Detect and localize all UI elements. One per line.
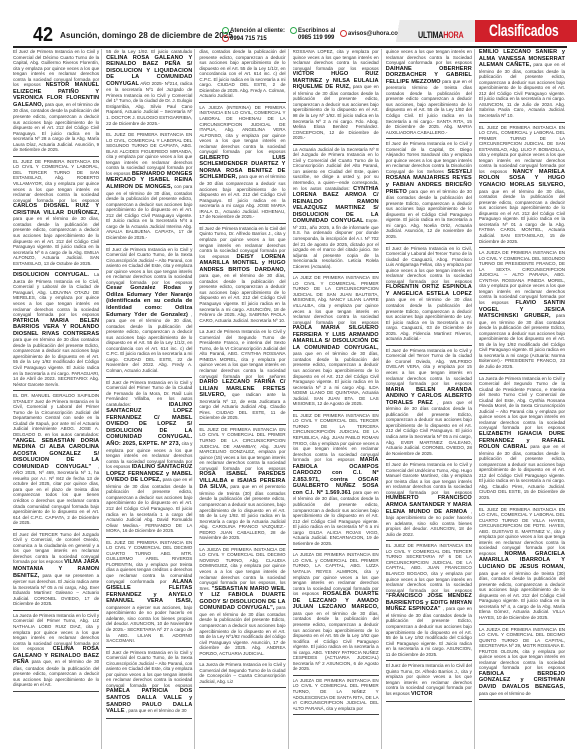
legal-notice: El Juez de Primera Instancia en lo Civil…: [386, 246, 472, 346]
notice-text: El Juez de Primera Instancia en lo Civil…: [386, 462, 472, 495]
notice-text: EL DR. MANUEL GERALDO SAIFILDIN STANLEY …: [13, 393, 99, 437]
mail-icon: [340, 30, 347, 37]
notice-names: FABIOLA BERDEJO GONZALEZ y CRISTHIAN DAV…: [479, 671, 565, 690]
legal-notice: EL JUEZ DE PRIMERA INSTANCIA EN LO CIVIL…: [386, 543, 472, 661]
notice-text: , para que en el término de 30: [126, 708, 187, 713]
legal-notice: 55 de la Ley 1/92. El juicio caratulado …: [106, 49, 192, 130]
notice-names: Cesar Gonzalez Rodas y Odilza Edumary Yd…: [106, 285, 192, 317]
notice-text: para que en el término de 30 días, conta…: [293, 611, 379, 671]
legal-notice: El Juez de Primera Instancia en lo Civil…: [386, 462, 472, 541]
notice-text: EL JUEZ DE PRIMERA INSTANCIA EN LO CIVIL…: [106, 540, 192, 584]
notice-text: para que en término de 30 días contados …: [13, 337, 99, 386]
legal-notice: EMILIO LEZCANO SANIER y ALMA VANESSA MON…: [479, 49, 565, 123]
notice-text: El Juez de Primera Instancia en lo Civil…: [106, 650, 192, 688]
legal-notice: El Juez de Primera Instancia en lo Civil…: [106, 380, 192, 538]
notice-text: EL JUEZ DE PRIMERA INSTANCIA EN LO CIVIL…: [293, 413, 379, 462]
notice-text: para que en el término de 30 días, conta…: [293, 351, 379, 406]
notice-text: con para que en el término de 30 días, c…: [106, 184, 192, 240]
page-header: 42 Asunción, domingo 28 de diciembre de …: [0, 0, 580, 44]
notice-text: , para que en el término de 30 días cont…: [386, 606, 472, 656]
column-1: El Juez de Primera Instancia en lo Civil…: [13, 49, 102, 749]
legal-notice: El Juez de Primera Instancia en lo Civil…: [386, 348, 472, 460]
notice-text: Expte. Nº 231, año 2025, a fin de inform…: [293, 218, 379, 268]
notice-text: , para que en el término de 30 días, con…: [106, 312, 192, 373]
contact-number[interactable]: 0994 715 715: [230, 36, 267, 42]
notice-text: LA JUEZA (INTERINA) DE PRIMERA INSTANCIA…: [199, 105, 285, 154]
contact-label: Atención al cliente:: [230, 28, 285, 34]
legal-notice: LA JUEZA DE PRIMERA INSTANCIA DE LO CIVI…: [199, 547, 285, 660]
legal-notice: LA JUEZA DE PRIMERA INSTANCIA EN LO CIVI…: [479, 250, 565, 373]
notice-text: La Juez de Primera Instancia en lo Civil…: [199, 329, 285, 378]
notice-text: para que en el término de 30 días contad…: [293, 84, 379, 140]
legal-notice: La Jueza de Primera Instancia en lo Civi…: [199, 662, 285, 688]
notice-text: LA JUEZA DE PRIMERA INSTANCIA EN LO CIVI…: [479, 250, 565, 305]
notice-names: DISOLUCION CONYUGAL.: [13, 272, 89, 278]
notice-text: El Juez de Primera Instancia en lo Civil…: [106, 247, 192, 285]
notice-text: La Jueza de Primera Instancia en lo Civi…: [479, 376, 565, 431]
legal-notice: EL JUEZ DE PRIMERA INSTANCIA EN LO CIVIL…: [293, 413, 379, 551]
legal-notice: EL JUEZ DE PRIMERA INSTANCIA EN LO CIVIL…: [13, 159, 99, 270]
legal-notice: El Juez de Primera Instancia en lo Civil…: [106, 650, 192, 719]
notice-text: EL JUEZ DE PRIMERA INSTANCIA EN LO CIVIL…: [199, 427, 285, 471]
notice-names: FLORENTIN ORTIZ ESPINOLA Y ANGELICA ESTE…: [386, 284, 472, 297]
notice-text: , para que el término de 30 días contado…: [386, 400, 472, 456]
column-6: EMILIO LEZCANO SANIER y ALMA VANESSA MON…: [479, 49, 567, 749]
notice-text: El Juez de Primera Instancia en lo Civil…: [386, 348, 472, 386]
notice-text: para que en el término de 30 días contad…: [386, 297, 472, 341]
whatsapp-icon: [290, 27, 297, 34]
column-5: quince veces a los que tengan interés en…: [386, 49, 475, 749]
column-2: 55 de la Ley 1/92. El juicio caratulado …: [106, 49, 195, 749]
legal-notice: EL JUEZ DE PRIMERA INSTANCIA EN LO CIVIL…: [479, 507, 565, 625]
legal-notice: EL DR. MANUEL GERALDO SAIFILDIN STANLEY …: [13, 393, 99, 530]
notice-text: para que en el término de 30 días, conta…: [479, 62, 565, 118]
legal-notice: La Actuaria Judicial de la Secretaría Nº…: [293, 147, 379, 273]
notice-text: para que, en el término de 30 días, cont…: [13, 102, 99, 152]
classifieds-columns: El Juez de Primera Instancia en lo Civil…: [13, 49, 567, 749]
notice-text: quince veces a los que tengan interés en…: [386, 49, 472, 65]
notice-text: El Juez de Primera Instancia en lo Civil…: [386, 246, 472, 284]
phone-icon: [222, 35, 229, 42]
column-4: ROSSANA LOPEZ, cita y emplaza por quince…: [293, 49, 382, 749]
notice-text: para que en el término de 30 días contad…: [386, 189, 472, 239]
legal-notice: EL JUEZ DE PRIMERA INSTANCIA EN LO CIVIL…: [199, 427, 285, 545]
notice-names: HUMBERTO FRANCISCO ARMOA SANTANDER Y MAR…: [386, 495, 472, 514]
page-number: 42: [33, 25, 53, 45]
notice-text: para que, en el término de 30 días, cont…: [199, 273, 285, 322]
legal-notice: quince veces a los que tengan interés en…: [386, 49, 472, 139]
notice-names: VICTOR: [411, 691, 433, 697]
notice-text: 55 de la Ley 1/92. El juicio caratulado: [106, 49, 192, 54]
legal-notice: DISOLUCION CONYUGAL. La Jueza de Primera…: [13, 272, 99, 391]
notice-text: EL JUEZ DE PRIMERA INSTANCIA EN LO CIVIL…: [479, 507, 565, 556]
legal-notice: LA JUEZA DE PRIMERA INSTANCIA EN LO CIVI…: [293, 552, 379, 675]
notice-text: EL JUEZ DE PRIMERA INSTANCIA EN LO CIVIL…: [386, 543, 472, 592]
section-banner: Clasificados: [475, 20, 577, 42]
notice-names: PAOLA MARIA SILGUERO FERREIRA Y LUIS ARM…: [293, 325, 379, 351]
header-rule: [13, 46, 567, 48]
notice-names: PATRICIA MARIA BELEN BARRIOS VERA Y ROLA…: [13, 318, 99, 337]
notice-text: días, contados desde la publicación del …: [199, 49, 285, 98]
notice-text: La Jueza de Primera Instancia en lo Civi…: [199, 662, 285, 684]
contact-label: Escribinos al: [298, 28, 335, 34]
legal-notice: LA JUEZA DE PRIMERA INSTANCIA EN LO CIVI…: [293, 678, 379, 715]
notice-text: , AÑO 2025, Nº 469, Secretaría Nº 1, ha …: [13, 464, 99, 525]
notice-text: LA JUEZA DE PRIMERA INSTANCIA EN LO CIVI…: [293, 552, 379, 596]
notice-text: EL JUEZ DE PRIMERA INSTANCIA EN LO CIVIL…: [479, 125, 565, 174]
contact-number[interactable]: 0985 119 999: [298, 35, 334, 41]
legal-notice: El Juez de Primera Instancia en lo Civil…: [106, 247, 192, 378]
notice-text: para que en el perentorio término de tre…: [199, 484, 285, 540]
legal-notice: EL JUEZ DE PRIMERA INSTANCIA EN LO CIVIL…: [479, 125, 565, 248]
legal-notice: LA JUEZ DE PRIMERA INSTANCIA EN LO CIVIL…: [293, 275, 379, 411]
notice-text: comparecer a ejercer sus acciones, bajo …: [106, 605, 192, 643]
legal-notice: La Jueza de Primera Instancia en lo Civi…: [13, 613, 99, 692]
notice-text: LA JUEZA DE PRIMERA INSTANCIA EN LO CIVI…: [479, 627, 565, 671]
legal-notice: La Jueza de Primera Instancia en lo Civi…: [479, 376, 565, 505]
publication-date: Asunción, domingo 28 de diciembre de 202…: [60, 31, 233, 40]
whatsapp-icon: [222, 27, 229, 34]
notice-text: LA JUEZA DE PRIMERA INSTANCIA DE LO CIVI…: [199, 547, 285, 591]
legal-notice: LA JUEZA DE PRIMERA INSTANCIA EN LO CIVI…: [479, 627, 565, 701]
notice-names: "ANGEL SEBASTIAN DORIA MEDINA C/ ALBA CA…: [13, 438, 99, 470]
notice-text: LA JUEZA DE PRIMERA INSTANCIA EN LO CIVI…: [293, 678, 379, 711]
notice-text: AÑO 2025- Nº214, radica en la secretaría…: [106, 81, 192, 126]
legal-notice: El Juez del TERCER Turno del Juzgado Civ…: [13, 532, 99, 611]
legal-notice: El Juez de Primera Instancia en lo Civil…: [386, 663, 472, 701]
legal-notice: EL JUEZ DE PRIMERA INSTANCIA EN LO CIVIL…: [106, 540, 192, 648]
notice-text: ROSSANA LOPEZ, cita y emplaza por quince…: [293, 49, 379, 71]
notice-text: para que en el perentorio término de tre…: [386, 79, 472, 135]
notice-text: para que en el término de treinta (30) d…: [479, 571, 565, 620]
notice-text: para que en el término de: [479, 691, 531, 696]
column-3: días, contados desde la publicación del …: [199, 49, 288, 749]
notice-text: para que en el término de 30 días contad…: [106, 477, 192, 533]
legal-notice: El Juez de Primera Instancia en lo Civil…: [386, 141, 472, 243]
customer-service-contact: Atención al cliente: 0994 715 715: [222, 27, 285, 43]
notice-text: para que en el término de 30 días, conta…: [293, 490, 379, 546]
whatsapp-contact: Escribinos al 0985 119 999: [290, 27, 335, 42]
notice-text: para que en el término de 30 días, conta…: [13, 216, 99, 265]
notice-text: LA JUEZ DE PRIMERA INSTANCIA EN LO CIVIL…: [293, 275, 379, 324]
legal-notice: días, contados desde la publicación del …: [199, 49, 285, 103]
notice-text: para que en el término de 30 días compar…: [199, 174, 285, 219]
notice-text: La Jueza de Primera Instancia en lo Civi…: [13, 272, 99, 317]
legal-notice: EL JUEZ DE PRIMERA INSTANCIA EN LO CIVIL…: [106, 132, 192, 244]
notice-names: "SEBASTIAN MARIO WEIL Y LIZ FABIOLA DUAR…: [199, 586, 285, 612]
notice-text: EL JUEZ DE PRIMERA INSTANCIA EN LO CIVIL…: [13, 159, 99, 203]
legal-notice: ROSSANA LOPEZ, cita y emplaza por quince…: [293, 49, 379, 145]
brand-logo: ULTIMAHORA: [418, 30, 463, 40]
legal-notice: El Juez de Primera Instancia en lo Civil…: [13, 49, 99, 157]
notice-names: IDALINO SANTACRUZ LOPEZ FERNANDEZ C/ MAB…: [106, 402, 192, 447]
notice-text: para que en el término de 30 días, conta…: [479, 189, 565, 244]
section-title: Clasificados: [489, 21, 559, 41]
notice-text: La Actuaria Judicial de la Secretaría Nº…: [293, 147, 379, 191]
notice-text: para que en el término de 30 días contad…: [199, 605, 285, 655]
legal-notice: LA JUEZA (INTERINA) DE PRIMERA INSTANCIA…: [199, 105, 285, 224]
notice-names: CARLOS DIOSNEL RUIZ Y CRISTINA VILLAR DU…: [13, 203, 99, 216]
legal-notice: La Juez de Primera Instancia en lo Civil…: [199, 329, 285, 425]
notice-text: para que en el término de 30 días, conta…: [479, 444, 565, 500]
notice-text: EL JUEZ DE PRIMERA INSTANCIA EN LO CIVIL…: [106, 132, 192, 176]
legal-notice: El Juez de Primera Instancia en lo Civil…: [199, 226, 285, 327]
notice-text: para que, en término de 30 días contados…: [479, 313, 565, 369]
